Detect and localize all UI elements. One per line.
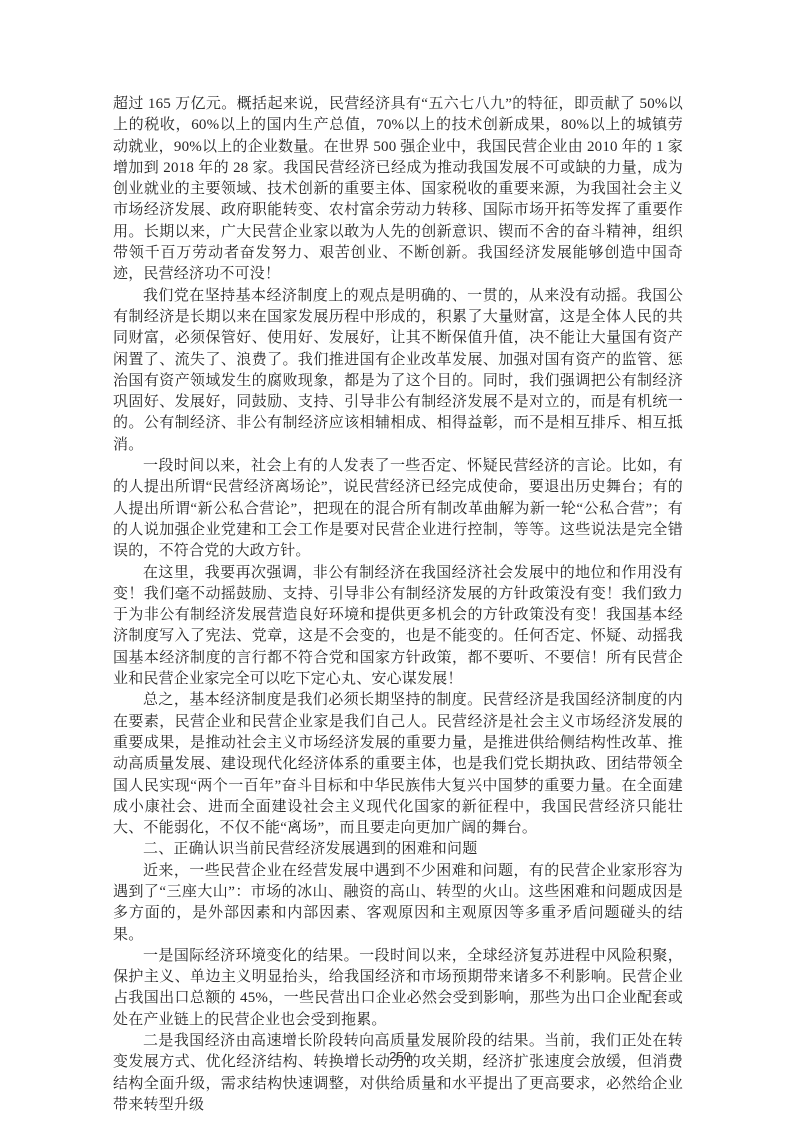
paragraph: 一段时间以来，社会上有的人发表了一些否定、怀疑民营经济的言论。比如，有的人提出所…: [113, 456, 683, 562]
paragraph: 我们党在坚持基本经济制度上的观点是明确的、一贯的，从来没有动摇。我国公有制经济是…: [113, 286, 683, 456]
paragraph: 二是我国经济由高速增长阶段转向高质量发展阶段的结果。当前，我们正处在转变发展方式…: [113, 1031, 683, 1116]
paragraph-continuation: 超过 165 万亿元。概括起来说，民营经济具有“五六七八九”的特征，即贡献了 5…: [113, 94, 683, 286]
paragraph: 近来，一些民营企业在经营发展中遇到不少困难和问题，有的民营企业家形容为遇到了“三…: [113, 861, 683, 946]
paragraph: 总之，基本经济制度是我们必须长期坚持的制度。民营经济是我国经济制度的内在要素，民…: [113, 690, 683, 839]
section-heading: 二、正确认识当前民营经济发展遇到的困难和问题: [113, 839, 683, 860]
paragraph: 一是国际经济环境变化的结果。一段时间以来，全球经济复苏进程中风险积聚，保护主义、…: [113, 946, 683, 1031]
text-block: 超过 165 万亿元。概括起来说，民营经济具有“五六七八九”的特征，即贡献了 5…: [113, 94, 683, 1116]
paragraph: 在这里，我要再次强调，非公有制经济在我国经济社会发展中的地位和作用没有变！我们毫…: [113, 563, 683, 691]
document-page: 超过 165 万亿元。概括起来说，民营经济具有“五六七八九”的特征，即贡献了 5…: [0, 0, 800, 1133]
page-number: 250: [0, 1049, 800, 1064]
